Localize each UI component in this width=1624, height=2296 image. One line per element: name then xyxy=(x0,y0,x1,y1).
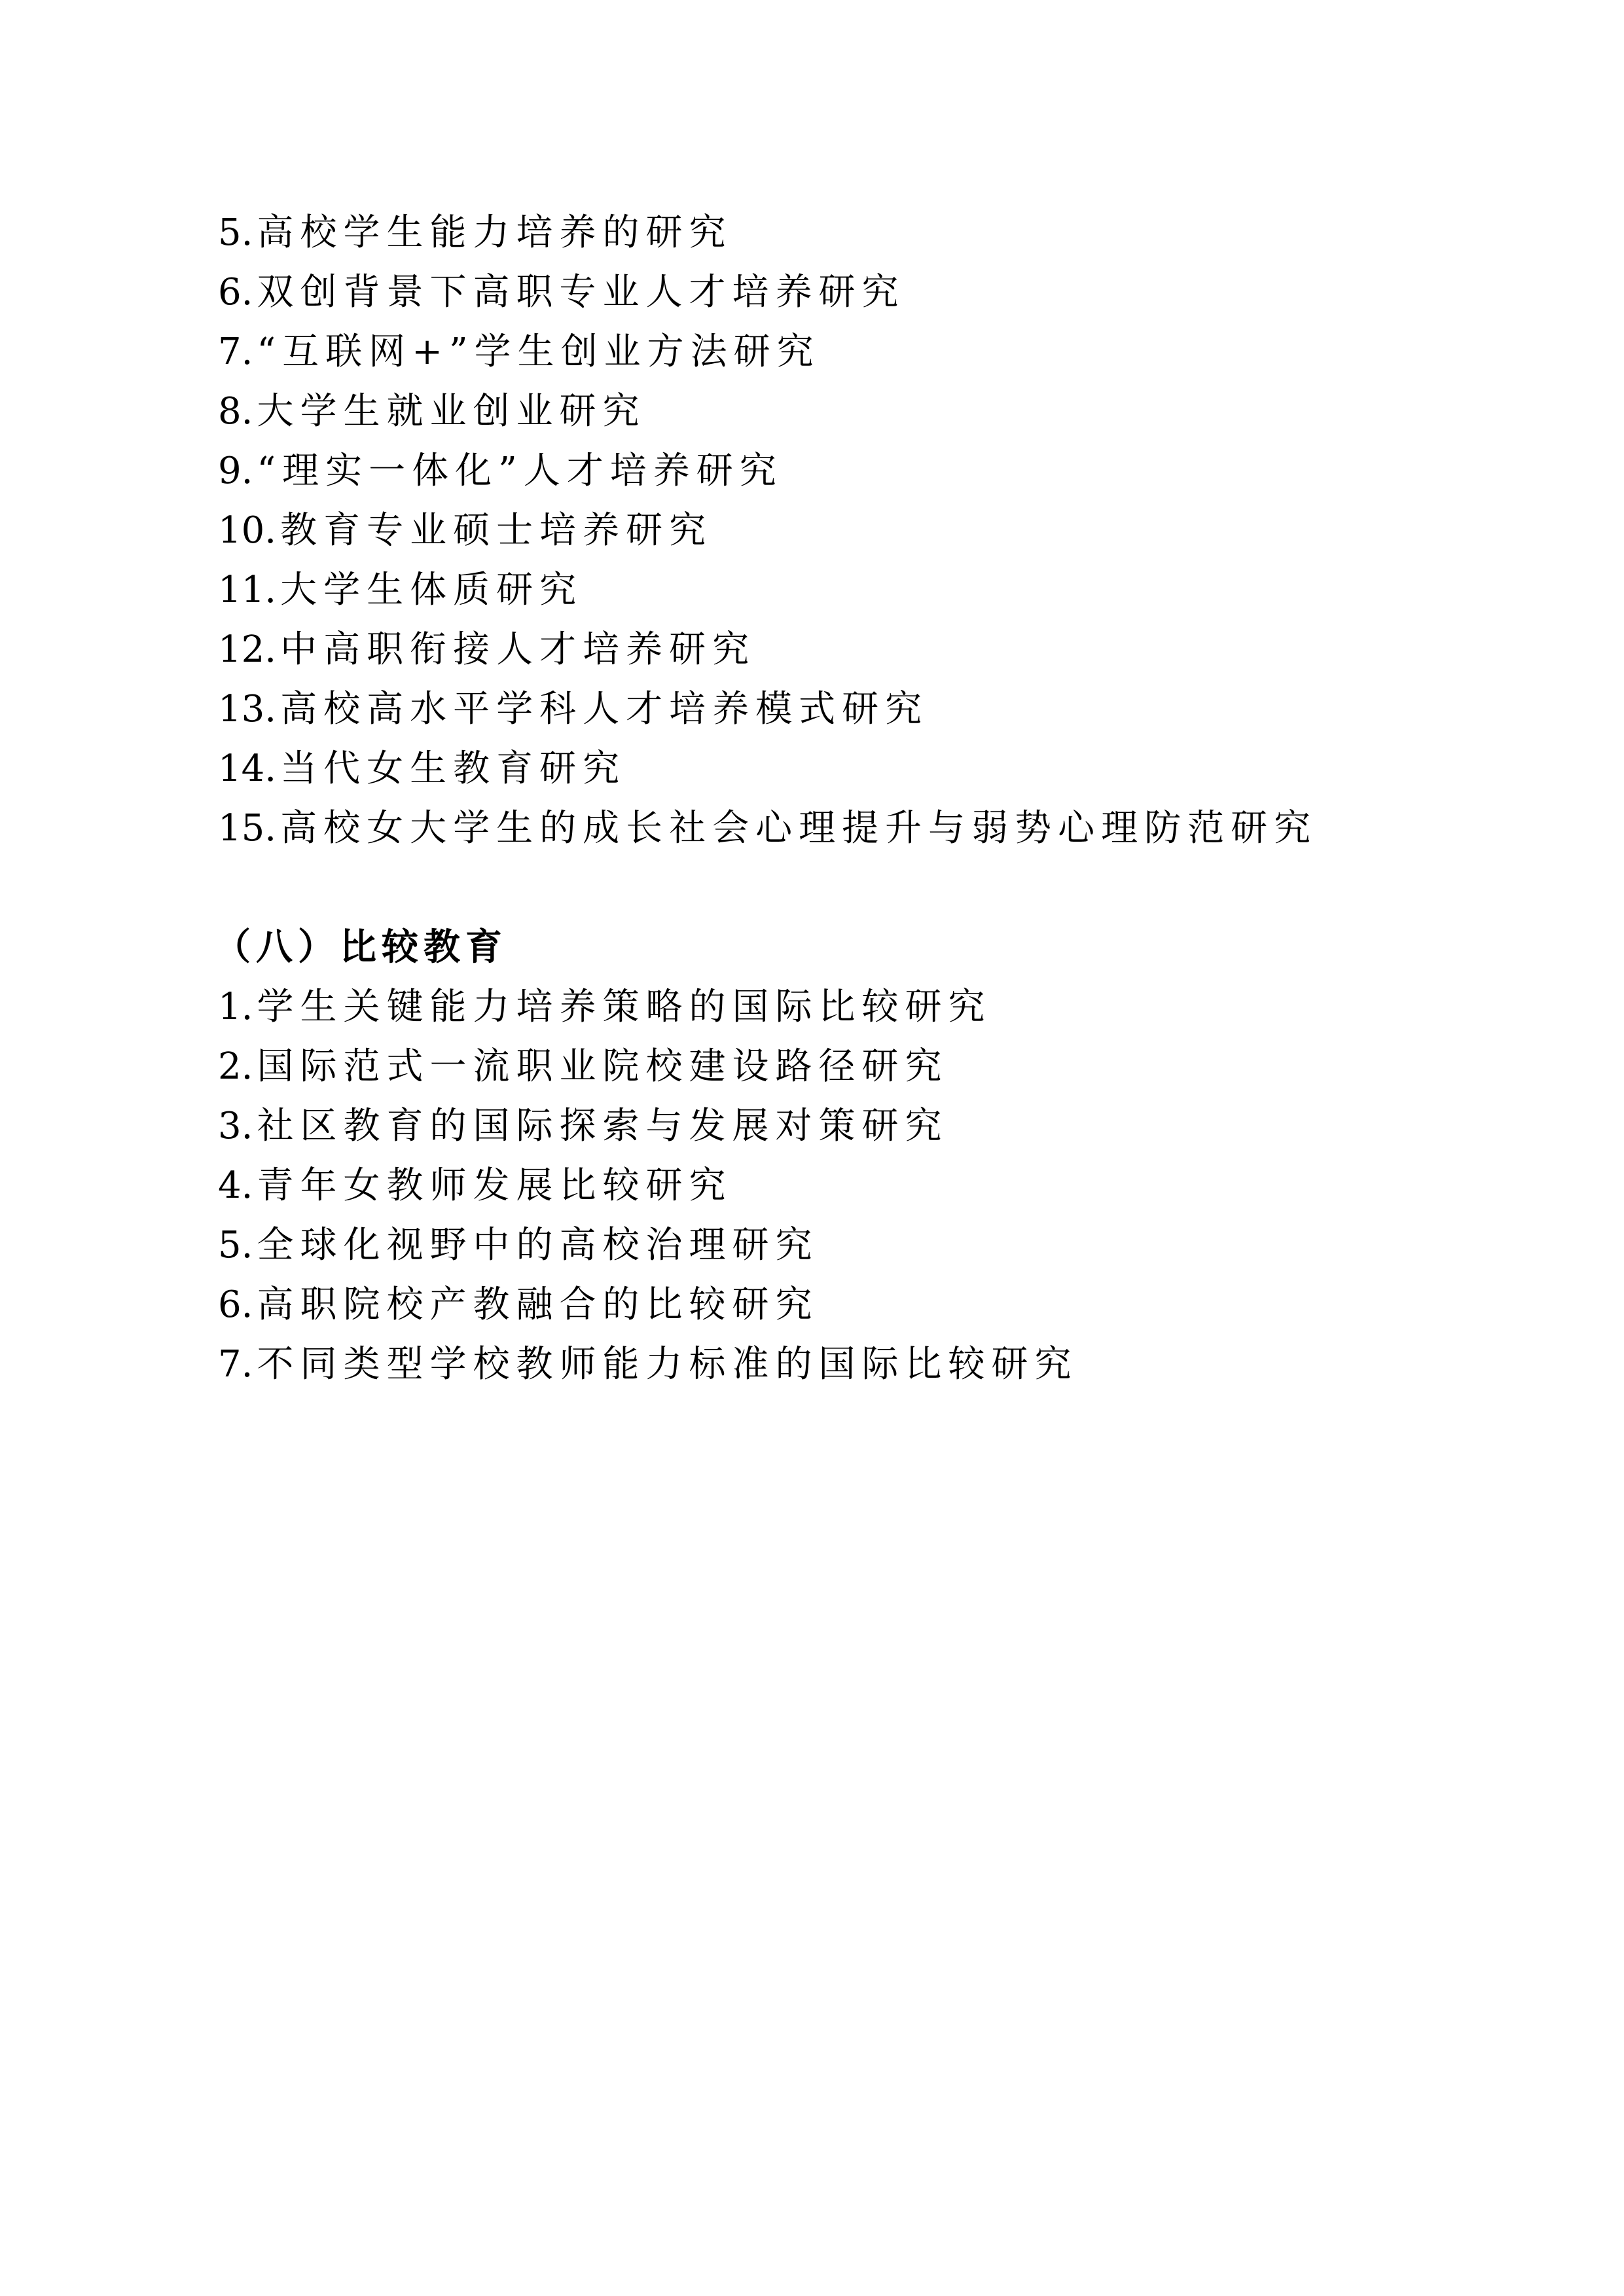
list-item: 6.双创背景下高职专业人才培养研究 xyxy=(218,268,1462,327)
item-number: 7. xyxy=(218,1343,253,1386)
list-item: 7.不同类型学校教师能力标准的国际比较研究 xyxy=(218,1340,1462,1399)
item-number: 13. xyxy=(218,688,276,730)
list-item: 1.学生关键能力培养策略的国际比较研究 xyxy=(218,982,1462,1042)
list-item: 9.“理实一体化”人才培养研究 xyxy=(218,446,1462,506)
list-item: 10.教育专业硕士培养研究 xyxy=(218,506,1462,565)
item-number: 10. xyxy=(218,509,276,552)
list-item: 8.大学生就业创业研究 xyxy=(218,387,1462,446)
item-text: 大学生体质研究 xyxy=(280,569,583,611)
item-number: 9. xyxy=(218,450,253,492)
item-number: 12. xyxy=(218,628,276,671)
document-body: 5.高校学生能力培养的研究 6.双创背景下高职专业人才培养研究 7.“互联网+”… xyxy=(218,208,1462,1399)
item-text: 青年女教师发展比较研究 xyxy=(257,1164,732,1207)
item-number: 1. xyxy=(218,986,253,1028)
item-text: 大学生就业创业研究 xyxy=(257,390,645,433)
item-number: 2. xyxy=(218,1045,253,1088)
list-item: 6.高职院校产教融合的比较研究 xyxy=(218,1280,1462,1340)
list-item: 12.中高职衔接人才培养研究 xyxy=(218,625,1462,685)
item-number: 5. xyxy=(218,211,253,254)
item-text: 当代女生教育研究 xyxy=(280,747,626,790)
item-text: 高校学生能力培养的研究 xyxy=(257,211,732,254)
item-number: 15. xyxy=(218,807,276,850)
item-text: 高校女大学生的成长社会心理提升与弱势心理防范研究 xyxy=(280,807,1317,850)
list-item: 13.高校高水平学科人才培养模式研究 xyxy=(218,685,1462,744)
item-number: 3. xyxy=(218,1105,253,1147)
item-text: 中高职衔接人才培养研究 xyxy=(280,628,755,671)
list-item: 2.国际范式一流职业院校建设路径研究 xyxy=(218,1042,1462,1102)
item-number: 6. xyxy=(218,1283,253,1326)
list-item: 3.社区教育的国际探索与发展对策研究 xyxy=(218,1102,1462,1161)
item-number: 4. xyxy=(218,1164,253,1207)
item-text: 国际范式一流职业院校建设路径研究 xyxy=(257,1045,948,1088)
section-heading-comparative-education: （八）比较教育 xyxy=(214,922,1462,982)
item-text: 学生关键能力培养策略的国际比较研究 xyxy=(257,986,991,1028)
item-text: “理实一体化”人才培养研究 xyxy=(257,450,782,492)
item-text: 教育专业硕士培养研究 xyxy=(280,509,712,552)
list-item: 11.大学生体质研究 xyxy=(218,565,1462,625)
item-text: 双创背景下高职专业人才培养研究 xyxy=(257,271,905,314)
item-number: 5. xyxy=(218,1224,253,1266)
item-text: “互联网+”学生创业方法研究 xyxy=(257,331,820,373)
list-item: 14.当代女生教育研究 xyxy=(218,744,1462,804)
item-number: 6. xyxy=(218,271,253,314)
continued-topic-list: 5.高校学生能力培养的研究 6.双创背景下高职专业人才培养研究 7.“互联网+”… xyxy=(218,208,1462,863)
item-text: 全球化视野中的高校治理研究 xyxy=(257,1224,818,1266)
comparative-education-topic-list: 1.学生关键能力培养策略的国际比较研究 2.国际范式一流职业院校建设路径研究 3… xyxy=(218,982,1462,1399)
list-item: 4.青年女教师发展比较研究 xyxy=(218,1161,1462,1221)
document-page: 5.高校学生能力培养的研究 6.双创背景下高职专业人才培养研究 7.“互联网+”… xyxy=(0,0,1624,2296)
list-item: 7.“互联网+”学生创业方法研究 xyxy=(218,327,1462,387)
list-item: 5.全球化视野中的高校治理研究 xyxy=(218,1221,1462,1280)
item-number: 14. xyxy=(218,747,276,790)
item-number: 8. xyxy=(218,390,253,433)
item-text: 不同类型学校教师能力标准的国际比较研究 xyxy=(257,1343,1077,1386)
item-text: 社区教育的国际探索与发展对策研究 xyxy=(257,1105,948,1147)
list-item: 15.高校女大学生的成长社会心理提升与弱势心理防范研究 xyxy=(218,804,1462,863)
item-number: 7. xyxy=(218,331,253,373)
list-item: 5.高校学生能力培养的研究 xyxy=(218,208,1462,268)
item-text: 高职院校产教融合的比较研究 xyxy=(257,1283,818,1326)
section-spacer xyxy=(218,863,1462,922)
item-text: 高校高水平学科人才培养模式研究 xyxy=(280,688,928,730)
item-number: 11. xyxy=(218,569,276,611)
